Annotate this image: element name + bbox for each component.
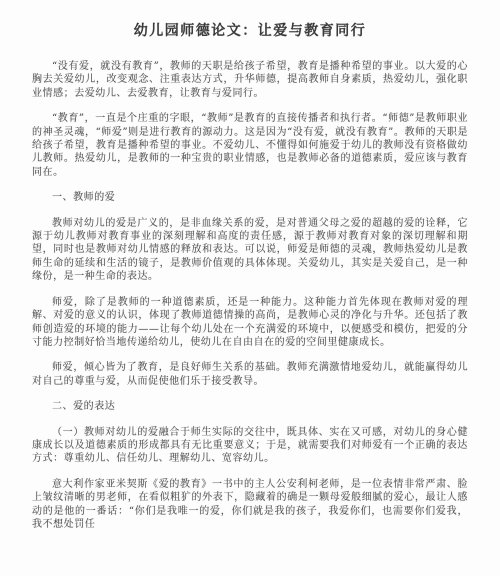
section-heading: 二、爱的表达 (32, 400, 468, 413)
paragraph: 教师对幼儿的爱是广义的，是非血缘关系的爱，是对普通父母之爱的超越的爱的诠释，它源… (32, 217, 468, 284)
paragraph: “没有爱，就没有教育”，教师的天职是给孩子希望，教育是播种希望的事业。以大爱的心… (32, 60, 468, 100)
document-body: “没有爱，就没有教育”，教师的天职是给孩子希望，教育是播种希望的事业。以大爱的心… (32, 60, 468, 531)
paragraph: 意大利作家亚米契斯《爱的教育》一书中的主人公安利柯老师，是一位表情非常严肃、脸上… (32, 478, 468, 532)
paragraph: （一）教师对幼儿的爱融合于师生实际的交往中，既具体、实在又可感，对幼儿的身心健康… (32, 426, 468, 466)
document-page: 幼儿园师德论文：让爱与教育同行 “没有爱，就没有教育”，教师的天职是给孩子希望，… (0, 0, 500, 576)
paragraph: “教育”，一直是个庄重的字眼，“教师”是教育的直接传播者和执行者。“师德”是教师… (32, 112, 468, 179)
section-heading: 一、教师的爱 (32, 191, 468, 204)
paragraph: 师爱，倾心皆为了教育，是良好师生关系的基础。教师充满激情地爱幼儿，就能赢得幼儿对… (32, 361, 468, 388)
paragraph: 师爱，除了是教师的一种道德素质，还是一种能力。这种能力首先体现在教师对爱的理解、… (32, 296, 468, 350)
page-title: 幼儿园师德论文：让爱与教育同行 (32, 20, 468, 40)
